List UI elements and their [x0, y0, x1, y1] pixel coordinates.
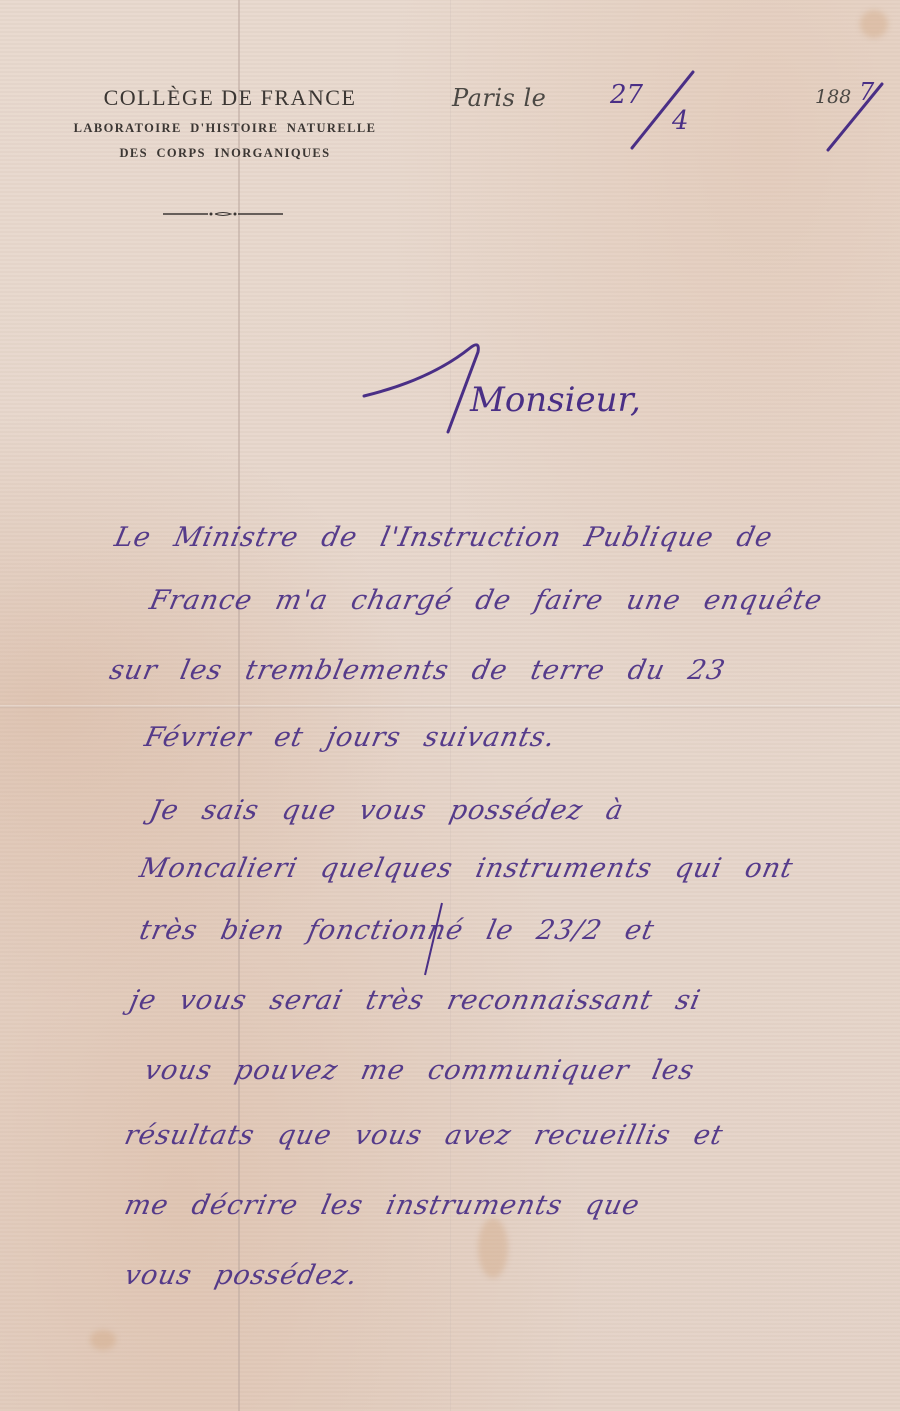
letter-line-12: vous possédez. — [122, 1260, 361, 1291]
letter-line-1: Le Ministre de l'Instruction Publique de — [112, 522, 776, 553]
letter-line-11: me décrire les instruments que — [122, 1190, 643, 1221]
letter-line-4: Février et jours suivants. — [142, 722, 559, 753]
letter-line-10: résultats que vous avez recueillis et — [122, 1120, 726, 1151]
letter-line-9: vous pouvez me communiquer les — [142, 1055, 698, 1086]
letter-line-8: je vous serai très reconnaissant si — [127, 985, 704, 1016]
letter-sheet: COLLÈGE DE FRANCE LABORATOIRE D'HISTOIRE… — [0, 0, 900, 1411]
letter-line-2: France m'a chargé de faire une enquête — [147, 585, 826, 616]
letter-line-5: Je sais que vous possédez à — [147, 795, 627, 826]
letter-body: Le Ministre de l'Instruction Publique de… — [0, 0, 900, 1411]
letter-line-6: Moncalieri quelques instruments qui ont — [137, 853, 797, 884]
letter-line-7: très bien fonctionné le 23/2 et — [137, 915, 658, 946]
letter-line-3: sur les tremblements de terre du 23 — [107, 655, 729, 686]
